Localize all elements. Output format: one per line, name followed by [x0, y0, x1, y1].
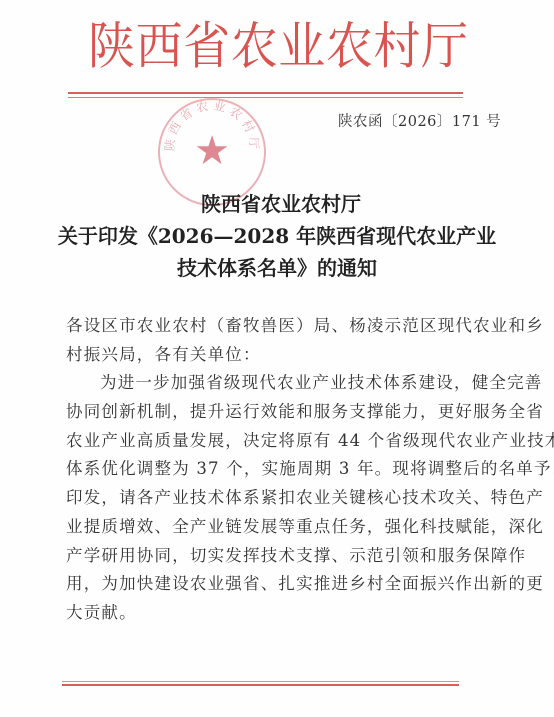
title-line-subject: 关于印发《2026—2028 年陕西省现代农业产业 — [0, 220, 554, 252]
divider-line-thin — [68, 97, 463, 98]
paragraph-line: 协同创新机制，提升运行效能和服务支撑能力，更好服务全省 — [66, 398, 498, 427]
seal-ring-text: 陕西省农业农村厅 — [161, 100, 261, 153]
masthead-char: 村 — [373, 21, 420, 72]
divider-line-thick — [68, 92, 463, 94]
title-line-subject-end: 技术体系名单》的通知 — [0, 252, 554, 284]
paragraph-line: 农业产业高质量发展，决定将原有 44 个省级现代农业产业技术 — [66, 427, 498, 456]
paragraph-line: 为进一步加强省级现代农业产业技术体系建设，健全完善 — [66, 369, 498, 398]
paragraph-line: 用，为加快建设农业强省、扎实推进乡村全面振兴作出新的更 — [66, 570, 498, 599]
document-body: 各设区市农业农村（畜牧兽医）局、杨凌示范区现代农业和乡 村振兴局，各有关单位： … — [66, 312, 498, 628]
paragraph-line: 大贡献。 — [66, 599, 498, 628]
paragraph-line: 印发，请各产业技术体系紧扣农业关键核心技术攻关、特色产 — [66, 484, 498, 513]
svg-text:陕西省农业农村厅: 陕西省农业农村厅 — [161, 100, 261, 153]
masthead-char: 农 — [231, 21, 278, 72]
document-number: 陕农函〔2026〕171 号 — [338, 110, 501, 131]
masthead-char: 陕 — [88, 21, 135, 72]
paragraph-line: 业提质增效、全产业链发展等重点任务，强化科技赋能，深化 — [66, 513, 498, 542]
footer-divider — [62, 681, 459, 687]
divider-line-thick — [62, 684, 459, 686]
masthead-char: 业 — [278, 21, 325, 72]
masthead-char: 农 — [326, 21, 373, 72]
masthead-char: 厅 — [421, 21, 468, 72]
paragraph-line: 产学研用协同，切实发挥技术支撑、示范引领和服务保障作 — [66, 542, 498, 571]
masthead-title: 陕 西 省 农 业 农 村 厅 — [88, 14, 468, 79]
document-page: 陕 西 省 农 业 农 村 厅 ★ 陕西省农业农村厅 陕农函〔2026〕171 … — [0, 0, 554, 717]
addressee-line: 村振兴局，各有关单位： — [66, 341, 498, 370]
masthead-char: 西 — [136, 21, 183, 72]
divider-line-thin — [62, 681, 459, 682]
document-title: 陕西省农业农村厅 关于印发《2026—2028 年陕西省现代农业产业 技术体系名… — [0, 188, 554, 284]
paragraph-line: 体系优化调整为 37 个，实施周期 3 年。现将调整后的名单予以 — [66, 455, 498, 484]
header-divider — [68, 92, 463, 99]
title-line-issuer: 陕西省农业农村厅 — [0, 188, 554, 220]
masthead-char: 省 — [183, 21, 230, 72]
addressee-line: 各设区市农业农村（畜牧兽医）局、杨凌示范区现代农业和乡 — [66, 312, 498, 341]
